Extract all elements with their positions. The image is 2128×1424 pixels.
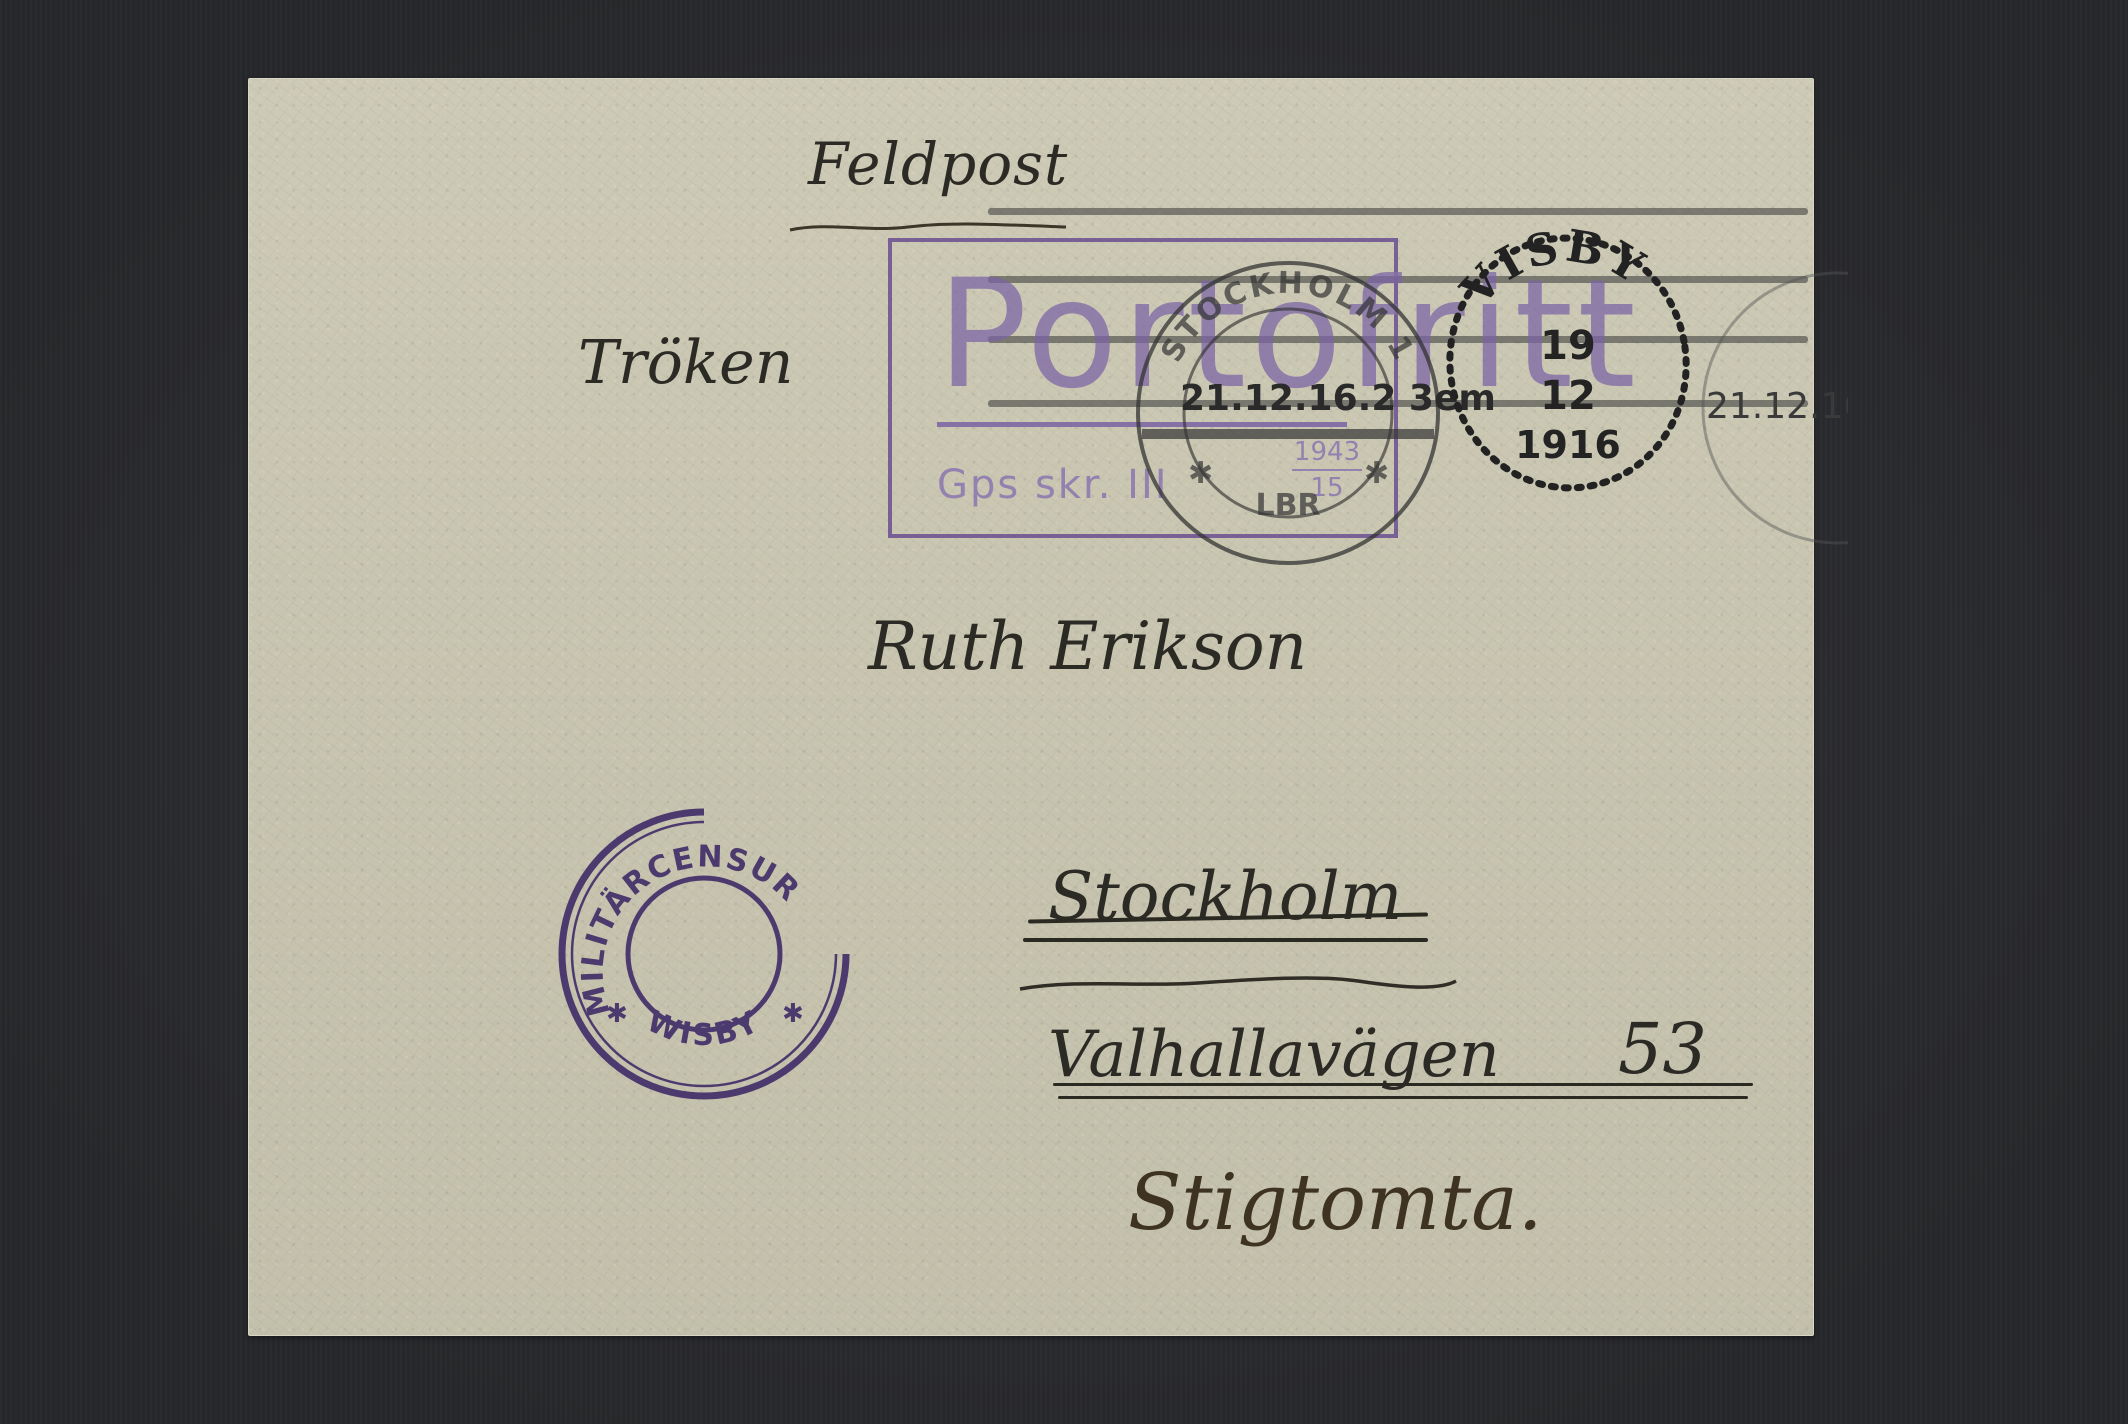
svg-text:✱: ✱ [782,999,804,1029]
visby-year: 1916 [1438,423,1698,467]
svg-text:VISBY: VISBY [1451,228,1656,316]
wavy-underline [1018,973,1458,993]
struck-street-name: Valhallavägen [1048,1018,1500,1092]
censor-rings: MILITÄRCENSUR WISBY ✱ ✱ [554,804,854,1104]
postmark-ring-text: STOCKHOLM 1 [1154,266,1421,368]
sender-note: Tröken [578,328,793,398]
partial-postmark-date: 21.12.16.2 [1706,386,1848,427]
svg-text:✱: ✱ [606,999,628,1029]
censor-ring-text: MILITÄRCENSUR [575,839,807,1019]
svg-text:✱: ✱ [1188,456,1213,491]
wavy-underline [788,220,1068,234]
feldpost-header: Feldpost [808,130,1068,198]
strike-line [1023,938,1428,942]
svg-text:MILITÄRCENSUR: MILITÄRCENSUR [575,839,807,1019]
visby-month: 12 [1438,373,1698,419]
svg-text:✱: ✱ [1364,456,1389,491]
struck-city: Stockholm [1048,858,1402,935]
svg-text:WISBY: WISBY [642,1004,767,1053]
military-censor-stamp: MILITÄRCENSUR WISBY ✱ ✱ [554,804,854,1104]
partial-postmark: 21.12.16.2 [1688,258,1848,558]
stockholm-postmark: STOCKHOLM 1 LBR ✱ ✱ 21.12.16.2 3em [1128,253,1448,573]
struck-street-number: 53 [1618,1008,1707,1090]
visby-day: 19 [1438,323,1698,369]
forwarding-address: Stigtomta. [1128,1158,1543,1248]
censor-bottom-text: WISBY [642,1004,767,1053]
visby-town: VISBY [1451,228,1656,316]
strike-line [1053,1083,1753,1086]
envelope: Feldpost Tröken Portofritt Gps skr. III … [248,78,1814,1336]
svg-text:STOCKHOLM 1: STOCKHOLM 1 [1154,266,1421,368]
strike-line [1058,1096,1748,1099]
visby-postmark: VISBY 19 12 1916 [1438,228,1698,498]
postmark-bottom-text: LBR [1255,488,1320,523]
addressee-name: Ruth Erikson [868,608,1307,685]
cancel-line [988,208,1808,215]
